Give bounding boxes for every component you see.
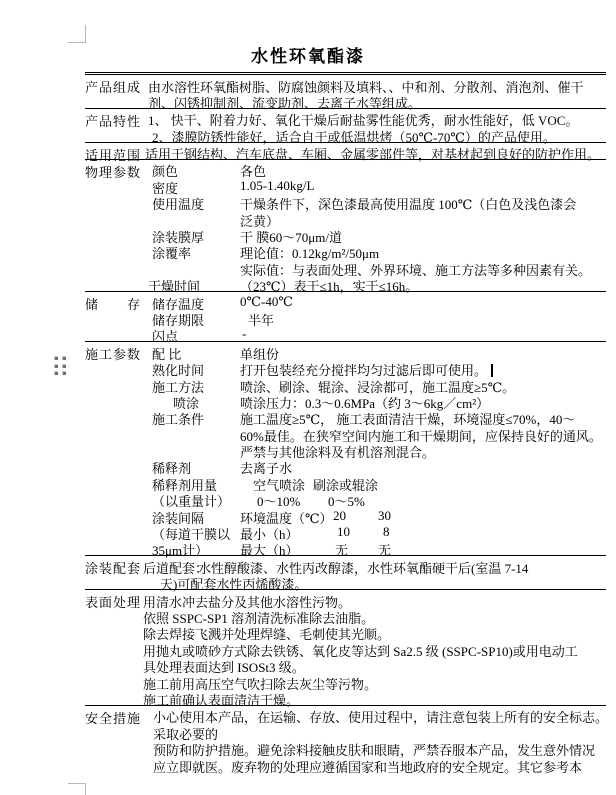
- text-line[interactable]: 严禁与其他涂料及有机溶剂混合。: [85, 441, 606, 457]
- text-span: 10: [337, 524, 350, 540]
- text-span: -: [242, 326, 246, 342]
- document-title[interactable]: 水性环氧酯漆: [0, 42, 616, 67]
- text-line[interactable]: （每道干膜以最小（h）108: [85, 523, 606, 539]
- text-line[interactable]: 储存温度0℃-40℃: [85, 292, 606, 308]
- text-line[interactable]: 涂装间隔环境温度（℃）2030: [85, 506, 606, 522]
- text-span: 1.05-1.40kg/L: [240, 178, 314, 194]
- text-line[interactable]: 除去焊接飞溅并处理焊缝、毛刺使其光顺。: [85, 623, 606, 639]
- text-line[interactable]: 密度1.05-1.40kg/L: [85, 176, 606, 192]
- text-line[interactable]: 泛黄）: [85, 209, 606, 225]
- text-line[interactable]: 具处理表面达到 ISOSt3 级。: [85, 656, 606, 672]
- handle-dot: [62, 364, 66, 368]
- text-line[interactable]: 涂装膜厚干 膜60～70μm/道: [85, 226, 606, 242]
- text-line[interactable]: 用抛丸或喷砂方式除去铁锈、氧化皮等达到 Sa2.5 级 (SSPC-SP10)或…: [85, 639, 606, 655]
- text-line[interactable]: 预防和防护措施。避免涂料接触皮肤和眼睛，严禁吞服本产品，发生意外情况: [85, 739, 606, 755]
- text-line[interactable]: 由水溶性环氧酯树脂、防腐蚀颜料及填料、、中和剂、分散剂、消泡剂、催干: [85, 75, 606, 91]
- text-line[interactable]: 用清水冲去盐分及其他水溶性污物。: [85, 590, 606, 606]
- text-line[interactable]: 实际值：与表面处理、外界环境、施工方法等多种因素有关。: [85, 258, 606, 274]
- text-span: 应立即就医。废弃物的处理应遵循国家和当地政府的安全规定。其它参考本: [153, 757, 582, 776]
- table-section: 表面处理用清水冲去盐分及其他水溶性污物。依照 SSPC-SP1 溶剂清洗标准除去…: [85, 589, 606, 705]
- text-span: 20: [333, 508, 346, 524]
- text-line[interactable]: 采取必要的: [85, 722, 606, 738]
- document-page: 水性环氧酯漆 产品组成由水溶性环氧酯树脂、防腐蚀颜料及填料、、中和剂、分散剂、消…: [0, 0, 616, 795]
- text-line[interactable]: 施工前用高压空气吹扫除去灰尘等污物。: [85, 672, 606, 688]
- text-line[interactable]: 喷涂喷涂压力：0.3～0.6MPa（约 3～6kg／cm²）: [85, 391, 606, 407]
- handle-dot: [62, 356, 66, 360]
- handle-dot: [62, 371, 66, 375]
- text-line[interactable]: 施工前确认表面清洁干燥。: [85, 688, 606, 704]
- table-section: 储 存储存温度0℃-40℃储存期限半年闪点-: [85, 291, 606, 341]
- text-line[interactable]: 涂覆率理论值：0.12kg/m²/50μm: [85, 242, 606, 258]
- table-section: 涂装配套后道配套：水性醇酸漆、水性丙改醇漆，水性环氧酯硬干后(室温 7-14天)…: [85, 555, 606, 589]
- paragraph-drag-handle[interactable]: [54, 356, 66, 375]
- text-line[interactable]: 小心使用本产品，在运输、存放、使用过程中，请注意包装上所有的安全标志。: [85, 706, 606, 722]
- text-line[interactable]: 剂、闪锈抑制剂、流变助剂、去离子水等组成。: [85, 91, 606, 107]
- text-line[interactable]: 天)可配套水性丙烯酸漆。: [85, 573, 606, 589]
- text-boundary-mark-top-left: [68, 25, 86, 43]
- text-line[interactable]: 干燥时间（23℃）表干≤1h，实干≤16h。: [85, 275, 606, 291]
- text-line[interactable]: 2、漆膜防锈性能好，适合自干或低温烘烤（50℃-70℃）的产品使用。: [85, 125, 606, 141]
- text-line[interactable]: 稀释剂去离子水: [85, 457, 606, 473]
- handle-dot: [54, 371, 58, 375]
- text-line[interactable]: 依照 SSPC-SP1 溶剂清洗标准除去油脂。: [85, 607, 606, 623]
- table-section: 产品组成由水溶性环氧酯树脂、防腐蚀颜料及填料、、中和剂、分散剂、消泡剂、催干剂、…: [85, 72, 606, 108]
- text-span: 30: [378, 508, 391, 524]
- text-line[interactable]: 使用温度干燥条件下，深色漆最高使用温度 100℃（白色及浅色漆会: [85, 193, 606, 209]
- text-line[interactable]: 60%最佳。在狭窄空间内施工和干燥期间，应保持良好的通风。: [85, 424, 606, 440]
- text-line[interactable]: （以重量计）0～10%0～5%: [85, 490, 606, 506]
- text-line[interactable]: 稀释剂用量空气喷涂刷涂或辊涂: [85, 473, 606, 489]
- table-section: 产品特性1、 快干、附着力好、氧化干燥后耐盐雾性能优秀，耐水性能好，低 VOC。…: [85, 108, 606, 142]
- text-span: 0℃-40℃: [240, 294, 293, 310]
- text-line[interactable]: 应立即就医。废弃物的处理应遵循国家和当地政府的安全规定。其它参考本: [85, 755, 606, 771]
- text-span: 8: [383, 524, 390, 540]
- text-line[interactable]: 施工方法喷涂、刷涂、辊涂、浸涂都可，施工温度≥5℃。: [85, 375, 606, 391]
- text-line[interactable]: 熟化时间打开包装经充分搅拌均匀过滤后即可使用。: [85, 359, 606, 375]
- text-line[interactable]: 储存期限半年: [85, 308, 606, 324]
- text-line[interactable]: 配 比单组份: [85, 342, 606, 358]
- handle-dot: [54, 356, 58, 360]
- handle-dot: [54, 364, 58, 368]
- text-line[interactable]: 1、 快干、附着力好、氧化干燥后耐盐雾性能优秀，耐水性能好，低 VOC。: [85, 109, 606, 125]
- text-line[interactable]: 后道配套：水性醇酸漆、水性丙改醇漆，水性环氧酯硬干后(室温 7-14: [85, 556, 606, 572]
- table-section: 物理参数颜色各色密度1.05-1.40kg/L使用温度干燥条件下，深色漆最高使用…: [85, 159, 606, 291]
- table-section: 施工参数配 比单组份熟化时间打开包装经充分搅拌均匀过滤后即可使用。施工方法喷涂、…: [85, 341, 606, 555]
- text-boundary-mark-bottom-left: [68, 783, 86, 795]
- spec-table: 产品组成由水溶性环氧酯树脂、防腐蚀颜料及填料、、中和剂、分散剂、消泡剂、催干剂、…: [85, 72, 606, 771]
- text-line[interactable]: 闪点-: [85, 325, 606, 341]
- text-line[interactable]: 施工条件施工温度≥5℃， 施工表面清洁干燥，环境湿度≤70%，40～: [85, 408, 606, 424]
- text-line[interactable]: 35μm计）最大（h）无无: [85, 539, 606, 555]
- table-section: 安全措施小心使用本产品，在运输、存放、使用过程中，请注意包装上所有的安全标志。采…: [85, 705, 606, 772]
- text-line[interactable]: 适用于钢结构、汽车底盘、车厢、金属零部件等，对基材起到良好的防护作用。: [85, 143, 606, 159]
- table-section: 适用范围适用于钢结构、汽车底盘、车厢、金属零部件等，对基材起到良好的防护作用。: [85, 142, 606, 159]
- text-line[interactable]: 颜色各色: [85, 160, 606, 176]
